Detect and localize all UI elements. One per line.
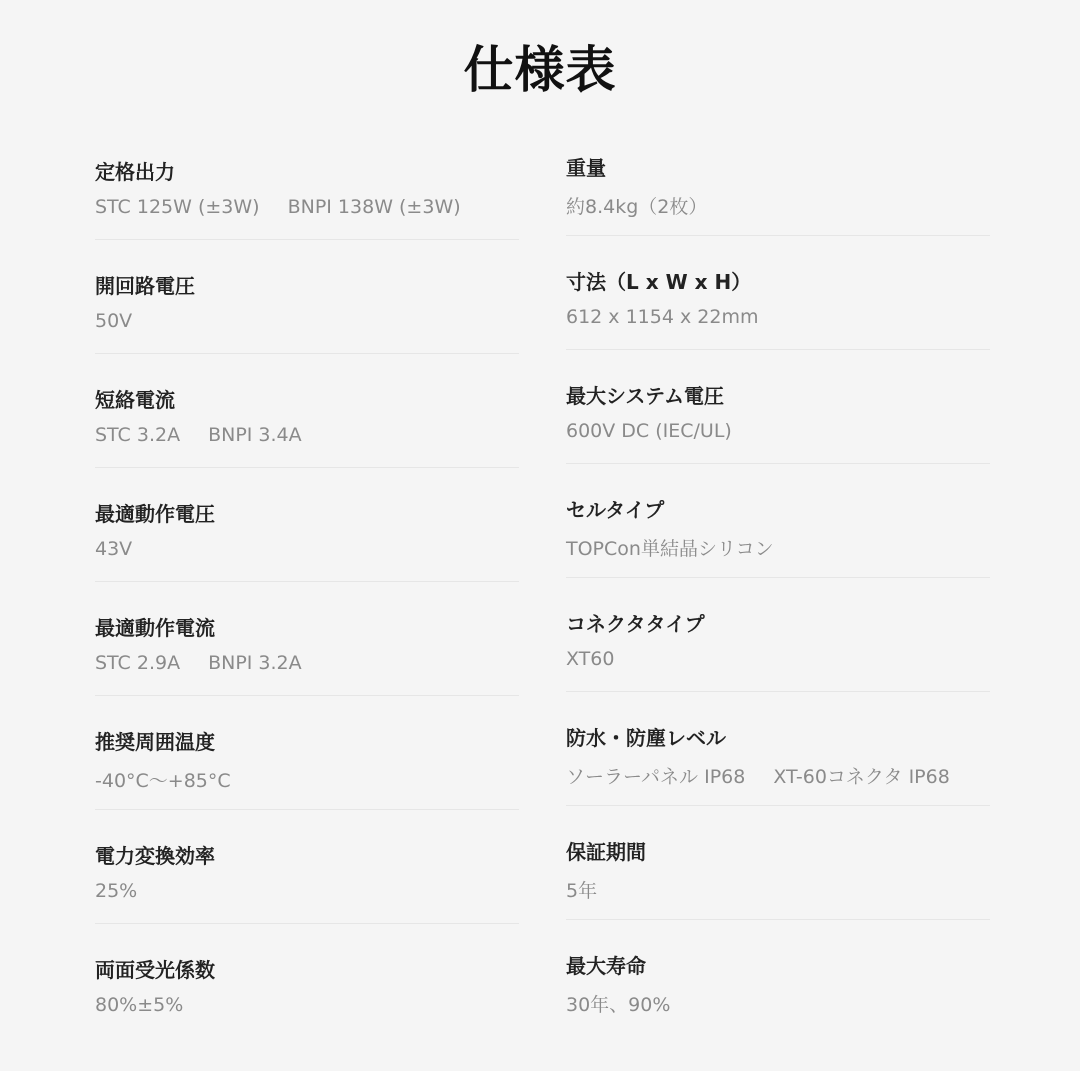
- spec-label: 最適動作電圧: [95, 498, 215, 527]
- spec-item-ambient-temperature: 推奨周囲温度 -40°C〜+85°C: [95, 720, 519, 834]
- divider: [566, 577, 990, 578]
- spec-value: STC 125W (±3W)BNPI 138W (±3W): [95, 196, 461, 218]
- spec-value: 25%: [95, 880, 137, 902]
- divider: [95, 923, 519, 924]
- spec-label: 寸法（L x W x H）: [566, 266, 751, 295]
- divider: [95, 695, 519, 696]
- spec-value-main: 43V: [95, 538, 132, 560]
- spec-value-main: 5年: [566, 880, 597, 902]
- spec-label: 開回路電圧: [95, 270, 195, 299]
- spec-value: 612 x 1154 x 22mm: [566, 306, 758, 328]
- divider: [566, 805, 990, 806]
- divider: [95, 581, 519, 582]
- spec-item-warranty: 保証期間 5年: [566, 830, 990, 944]
- spec-value: STC 3.2ABNPI 3.4A: [95, 424, 302, 446]
- spec-value-bnpi: BNPI 3.2A: [208, 652, 302, 674]
- divider: [95, 353, 519, 354]
- divider: [95, 467, 519, 468]
- spec-value: 80%±5%: [95, 994, 183, 1016]
- spec-item-ip-rating: 防水・防塵レベル ソーラーパネル IP68XT-60コネクタ IP68: [566, 716, 990, 830]
- spec-value-bnpi: BNPI 138W (±3W): [288, 196, 461, 218]
- spec-label: 防水・防塵レベル: [566, 722, 726, 751]
- spec-value-main: 80%±5%: [95, 994, 183, 1016]
- spec-item-dimensions: 寸法（L x W x H） 612 x 1154 x 22mm: [566, 260, 990, 374]
- spec-value-main: TOPCon単結晶シリコン: [566, 538, 774, 560]
- divider: [566, 463, 990, 464]
- spec-item-max-system-voltage: 最大システム電圧 600V DC (IEC/UL): [566, 374, 990, 488]
- divider: [95, 239, 519, 240]
- spec-label: 重量: [566, 152, 606, 181]
- spec-label: 両面受光係数: [95, 954, 215, 983]
- spec-label: 最大システム電圧: [566, 380, 724, 409]
- spec-value-main: 600V DC (IEC/UL): [566, 420, 732, 442]
- spec-label: 最適動作電流: [95, 612, 215, 641]
- spec-value: 43V: [95, 538, 132, 560]
- page-title: 仕様表: [0, 30, 1080, 102]
- spec-value-main: 30年、90%: [566, 994, 670, 1016]
- divider: [566, 349, 990, 350]
- spec-label: 短絡電流: [95, 384, 175, 413]
- spec-label: 定格出力: [95, 156, 175, 185]
- divider: [566, 919, 990, 920]
- spec-value-panel: ソーラーパネル IP68: [566, 766, 745, 788]
- spec-value: 5年: [566, 876, 597, 903]
- divider: [566, 691, 990, 692]
- spec-value-main: 25%: [95, 880, 137, 902]
- spec-label: セルタイプ: [566, 494, 664, 523]
- spec-item-bifaciality-factor: 両面受光係数 80%±5%: [95, 948, 519, 1062]
- spec-value-stc: STC 2.9A: [95, 652, 180, 674]
- spec-value: 50V: [95, 310, 132, 332]
- spec-item-weight: 重量 約8.4kg（2枚）: [566, 146, 990, 260]
- spec-item-cell-type: セルタイプ TOPCon単結晶シリコン: [566, 488, 990, 602]
- spec-column-right: 重量 約8.4kg（2枚） 寸法（L x W x H） 612 x 1154 x…: [566, 146, 990, 1058]
- spec-label: コネクタタイプ: [566, 608, 705, 637]
- spec-label: 電力変換効率: [95, 840, 215, 869]
- divider: [566, 235, 990, 236]
- spec-value-main: XT60: [566, 648, 614, 670]
- spec-value: 30年、90%: [566, 990, 670, 1017]
- spec-value-bnpi: BNPI 3.4A: [208, 424, 302, 446]
- spec-value: 600V DC (IEC/UL): [566, 420, 732, 442]
- spec-item-rated-output: 定格出力 STC 125W (±3W)BNPI 138W (±3W): [95, 150, 519, 264]
- spec-value-main: 50V: [95, 310, 132, 332]
- spec-item-conversion-efficiency: 電力変換効率 25%: [95, 834, 519, 948]
- spec-value: -40°C〜+85°C: [95, 766, 231, 793]
- spec-label: 推奨周囲温度: [95, 726, 215, 755]
- spec-item-max-lifespan: 最大寿命 30年、90%: [566, 944, 990, 1058]
- spec-value: ソーラーパネル IP68XT-60コネクタ IP68: [566, 762, 950, 789]
- spec-item-open-circuit-voltage: 開回路電圧 50V: [95, 264, 519, 378]
- divider: [95, 809, 519, 810]
- spec-value: 約8.4kg（2枚）: [566, 192, 707, 219]
- spec-label: 最大寿命: [566, 950, 646, 979]
- spec-value: XT60: [566, 648, 614, 670]
- spec-value: TOPCon単結晶シリコン: [566, 534, 774, 561]
- spec-value-main: -40°C〜+85°C: [95, 770, 231, 792]
- spec-item-optimal-operating-current: 最適動作電流 STC 2.9ABNPI 3.2A: [95, 606, 519, 720]
- spec-item-connector-type: コネクタタイプ XT60: [566, 602, 990, 716]
- spec-value-stc: STC 3.2A: [95, 424, 180, 446]
- spec-value-connector: XT-60コネクタ IP68: [773, 766, 949, 788]
- spec-value: STC 2.9ABNPI 3.2A: [95, 652, 302, 674]
- spec-value-stc: STC 125W (±3W): [95, 196, 260, 218]
- spec-label: 保証期間: [566, 836, 646, 865]
- spec-item-short-circuit-current: 短絡電流 STC 3.2ABNPI 3.4A: [95, 378, 519, 492]
- spec-value-main: 約8.4kg（2枚）: [566, 196, 707, 218]
- spec-column-left: 定格出力 STC 125W (±3W)BNPI 138W (±3W) 開回路電圧…: [95, 150, 519, 1062]
- spec-value-main: 612 x 1154 x 22mm: [566, 306, 758, 328]
- spec-item-optimal-operating-voltage: 最適動作電圧 43V: [95, 492, 519, 606]
